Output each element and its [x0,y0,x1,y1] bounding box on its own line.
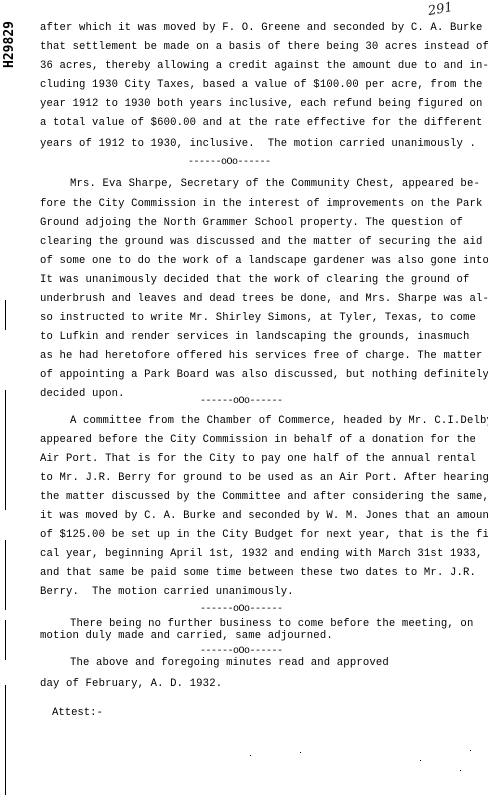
text-line: year 1912 to 1930 both years inclusive, … [40,98,483,110]
text-line: Air Port. That is for the City to pay on… [40,453,476,465]
text-line: years of 1912 to 1930, inclusive. The mo… [40,138,476,150]
text-line: motion duly made and carried, same adjou… [40,630,333,642]
margin-rule [5,300,6,330]
text-line: to Mr. J.R. Berry for ground to be used … [40,472,488,484]
text-line: cluding 1930 City Taxes, based a value o… [40,79,483,91]
text-line: it was moved by C. A. Burke and seconded… [40,510,488,522]
section-divider: ------oOo------ [200,646,283,657]
section-divider: ------oOo------ [200,604,283,615]
scan-noise [460,770,461,771]
text-line: fore the City Commission in the interest… [40,198,483,210]
scan-noise [300,752,301,753]
text-line: appeared before the City Commission in b… [40,434,476,446]
section-divider: ------oOo------ [188,157,271,168]
text-line: the matter discussed by the Committee an… [40,491,488,503]
text-line: underbrush and leaves and dead trees be … [40,293,488,305]
text-line: Mrs. Eva Sharpe, Secretary of the Commun… [70,178,480,190]
archive-stamp: H29829 [2,14,16,74]
text-line: There being no further business to come … [70,618,473,630]
text-line: The above and foregoing minutes read and… [70,657,389,669]
margin-rule [5,540,6,610]
margin-rule [5,620,6,660]
text-line: 36 acres, thereby allowing a credit agai… [40,60,488,72]
text-line: that settlement be made on a basis of th… [40,41,488,53]
text-line: It was unanimously decided that the work… [40,274,469,286]
text-line: and that same be paid some time between … [40,567,476,579]
archive-stamp-text: H29829 [2,21,17,68]
section-divider: ------oOo------ [200,396,283,407]
text-line: as he had heretofore offered his service… [40,350,483,362]
text-line: of some one to do the work of a landscap… [40,255,488,267]
text-line: Berry. The motion carried unanimously. [40,586,294,598]
text-line: clearing the ground was discussed and th… [40,236,483,248]
text-line: decided upon. [40,388,125,400]
text-line: Ground adjoing the North Grammer School … [40,217,463,229]
text-line: A committee from the Chamber of Commerce… [70,415,488,427]
margin-rule [5,685,6,795]
text-line: after which it was moved by F. O. Greene… [40,22,483,34]
text-line: so instructed to write Mr. Shirley Simon… [40,312,476,324]
text-line: day of February, A. D. 1932. [40,678,222,690]
document-page: H29829 291 after which it was moved by F… [0,0,488,800]
margin-rule [5,390,6,510]
text-line: cal year, beginning April 1st, 1932 and … [40,548,483,560]
scan-noise [250,755,251,756]
scan-noise [420,760,421,761]
text-line: of $125.00 be set up in the City Budget … [40,529,488,541]
attest-label: Attest:- [52,707,103,719]
text-line: to Lufkin and render services in landsca… [40,331,469,343]
page-number: 291 [427,0,454,19]
scan-noise [470,750,471,751]
text-line: a total value of $600.00 and at the rate… [40,117,483,129]
text-line: of appointing a Park Board was also disc… [40,369,488,381]
